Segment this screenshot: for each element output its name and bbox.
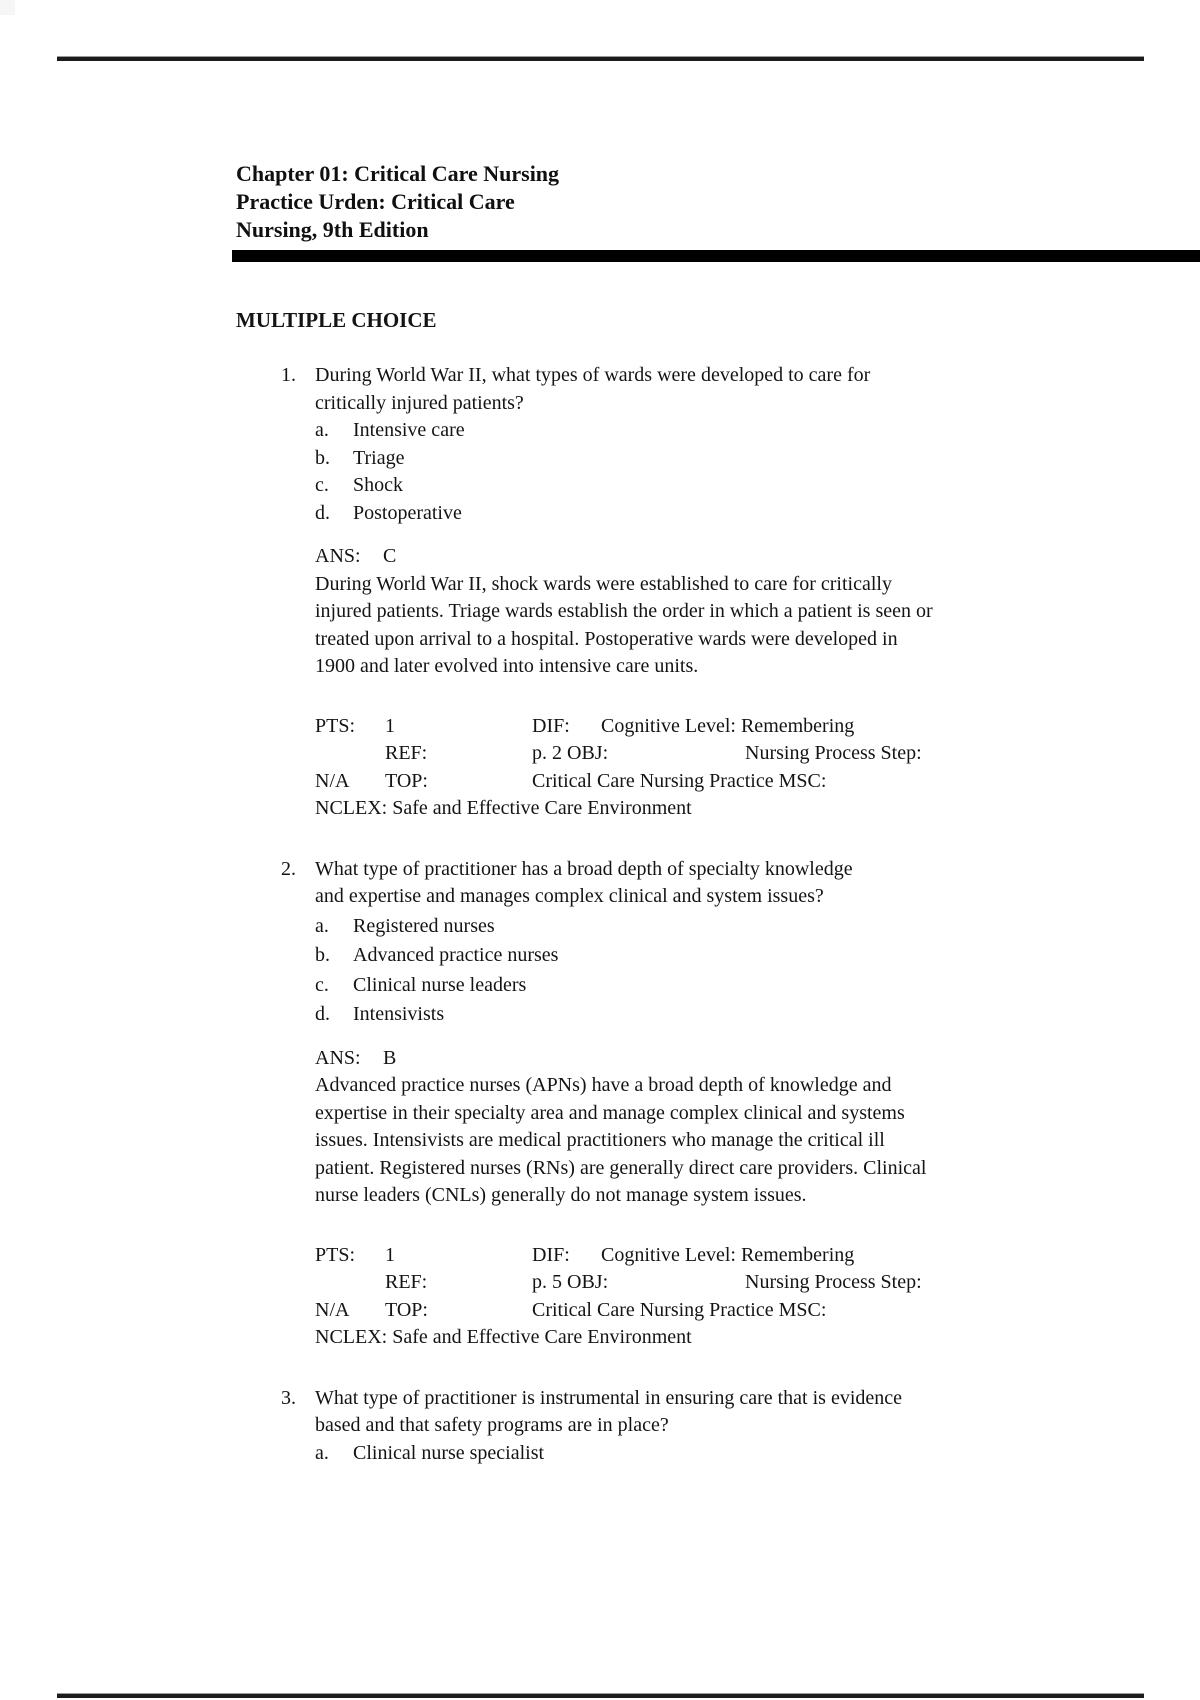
answer-value: C [383,543,396,571]
document-title: Chapter 01: Critical Care Nursing Practi… [236,160,1166,244]
scan-corner-artifact [0,0,15,15]
question-1-option-d: d. Postoperative [315,500,1015,528]
question-1-option-b: b. Triage [315,445,1015,473]
pts-label: PTS: [315,713,355,741]
question-1-number: 1. [236,362,315,823]
option-letter: c. [315,472,353,500]
option-letter: d. [315,1001,353,1029]
question-2-row: 2. What type of practitioner has a broad… [236,856,1166,1352]
meta-line-4: NCLEX: Safe and Effective Care Environme… [315,795,1015,823]
option-letter: d. [315,500,353,528]
question-2: 2. What type of practitioner has a broad… [236,856,1166,1352]
nursing-process-step-label: Nursing Process Step: [745,740,922,768]
dif-value: Cognitive Level: Remembering [601,1242,854,1270]
ref-label: REF: [385,740,427,768]
option-letter: a. [315,913,353,941]
question-1-options: a. Intensive care b. Triage c. Shock d [315,417,1015,527]
question-1-answer: ANS: C [315,543,1015,571]
question-2-answer: ANS: B [315,1045,1015,1073]
answer-value: B [383,1045,396,1073]
question-3-options: a. Clinical nurse specialist [315,1440,1015,1468]
question-2-option-b: b. Advanced practice nurses [315,942,1015,970]
option-text: Postoperative [353,500,462,528]
option-letter: c. [315,972,353,1000]
option-text: Advanced practice nurses [353,942,558,970]
question-2-meta: PTS: 1 DIF: Cognitive Level: Remembering… [315,1242,1015,1352]
option-text: Triage [353,445,404,473]
option-text: Intensivists [353,1001,444,1029]
question-2-option-c: c. Clinical nurse leaders [315,972,1015,1000]
question-3-option-a: a. Clinical nurse specialist [315,1440,1015,1468]
question-2-number: 2. [236,856,315,1352]
meta-line-1: PTS: 1 DIF: Cognitive Level: Remembering [315,713,1015,741]
option-letter: a. [315,1440,353,1468]
question-2-stem: What type of practitioner has a broad de… [315,856,1015,911]
pts-label: PTS: [315,1242,355,1270]
top-label: TOP: [385,768,428,796]
option-letter: b. [315,445,353,473]
question-2-options: a. Registered nurses b. Advanced practic… [315,913,1015,1029]
question-1: 1. During World War II, what types of wa… [236,362,1166,823]
bottom-rule [57,1693,1144,1698]
option-text: Registered nurses [353,913,495,941]
question-1-meta: PTS: 1 DIF: Cognitive Level: Remembering… [315,713,1015,823]
option-text: Clinical nurse leaders [353,972,526,1000]
option-text: Shock [353,472,403,500]
question-2-option-a: a. Registered nurses [315,913,1015,941]
meta-line-3: N/A TOP: Critical Care Nursing Practice … [315,1297,1015,1325]
top-label: TOP: [385,1297,428,1325]
answer-label: ANS: [315,1047,361,1069]
top-msc-value: Critical Care Nursing Practice MSC: [532,768,826,796]
ref-label: REF: [385,1269,427,1297]
dif-label: DIF: [532,713,570,741]
question-1-option-a: a. Intensive care [315,417,1015,445]
document-page: Chapter 01: Critical Care Nursing Practi… [0,0,1200,1700]
dif-value: Cognitive Level: Remembering [601,713,854,741]
pts-value: 1 [385,1242,395,1270]
question-1-rationale: During World War II, shock wards were es… [315,571,1015,681]
question-2-rationale: Advanced practice nurses (APNs) have a b… [315,1072,1015,1210]
option-text: Clinical nurse specialist [353,1440,544,1468]
option-letter: b. [315,942,353,970]
meta-line-2: REF: p. 2 OBJ: Nursing Process Step: [315,740,1015,768]
page-content: Chapter 01: Critical Care Nursing Practi… [236,160,1166,1467]
question-3-body: What type of practitioner is instrumenta… [315,1385,1015,1468]
answer-label: ANS: [315,545,361,567]
nclex-value: NCLEX: Safe and Effective Care Environme… [315,795,692,823]
question-1-row: 1. During World War II, what types of wa… [236,362,1166,823]
question-2-body: What type of practitioner has a broad de… [315,856,1015,1352]
meta-line-4: NCLEX: Safe and Effective Care Environme… [315,1324,1015,1352]
na-value: N/A [315,768,349,796]
question-3: 3. What type of practitioner is instrume… [236,1385,1166,1468]
question-1-body: During World War II, what types of wards… [315,362,1015,823]
dif-label: DIF: [532,1242,570,1270]
top-rule [57,56,1144,61]
section-heading: MULTIPLE CHOICE [236,307,1166,334]
ref-obj-value: p. 5 OBJ: [532,1269,608,1297]
meta-line-3: N/A TOP: Critical Care Nursing Practice … [315,768,1015,796]
option-text: Intensive care [353,417,465,445]
nclex-value: NCLEX: Safe and Effective Care Environme… [315,1324,692,1352]
ref-obj-value: p. 2 OBJ: [532,740,608,768]
na-value: N/A [315,1297,349,1325]
question-3-stem: What type of practitioner is instrumenta… [315,1385,1015,1440]
question-2-option-d: d. Intensivists [315,1001,1015,1029]
option-letter: a. [315,417,353,445]
question-1-option-c: c. Shock [315,472,1015,500]
nursing-process-step-label: Nursing Process Step: [745,1269,922,1297]
top-msc-value: Critical Care Nursing Practice MSC: [532,1297,826,1325]
meta-line-1: PTS: 1 DIF: Cognitive Level: Remembering [315,1242,1015,1270]
question-3-number: 3. [236,1385,315,1468]
meta-line-2: REF: p. 5 OBJ: Nursing Process Step: [315,1269,1015,1297]
title-underline-bar [232,250,1200,262]
pts-value: 1 [385,713,395,741]
question-3-row: 3. What type of practitioner is instrume… [236,1385,1166,1468]
question-1-stem: During World War II, what types of wards… [315,362,1015,417]
